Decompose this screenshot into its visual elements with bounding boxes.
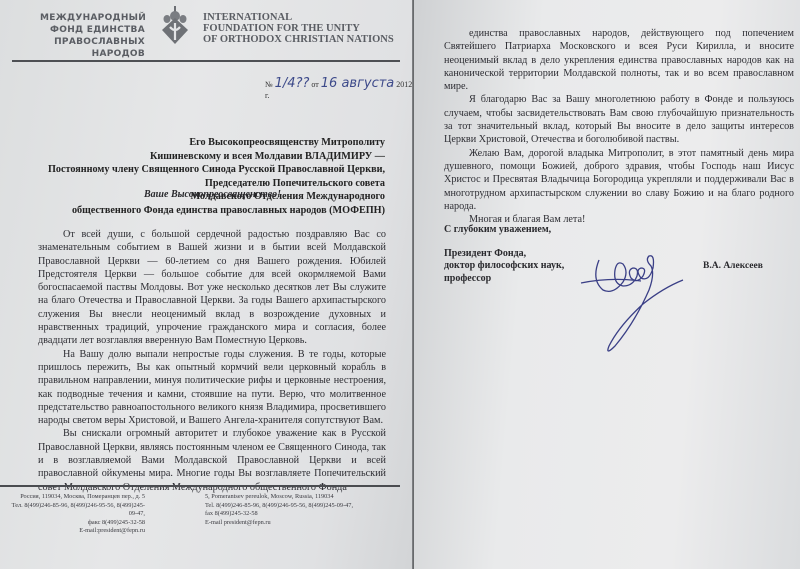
- footer-contacts-en: 5, Pomerantsev pereulok, Moscow, Russia,…: [205, 493, 385, 527]
- org-name-ru-line: Международный: [40, 12, 145, 24]
- signer-name: В.А. Алексеев: [703, 261, 763, 271]
- salutation: Ваше Высокопреосвященство!: [40, 189, 385, 200]
- paragraph: Я благодарю Вас за Вашу многолетнюю рабо…: [444, 93, 794, 146]
- ref-number-value: 1/4??: [275, 76, 310, 91]
- signer-title: Президент Фонда, доктор философских наук…: [444, 248, 564, 285]
- signer-title-line: доктор философских наук,: [444, 260, 564, 272]
- paragraph: От всей души, с большой сердечной радост…: [38, 228, 386, 348]
- signer-title-line: профессор: [444, 273, 564, 285]
- closing-phrase: С глубоким уважением,: [444, 224, 551, 235]
- org-name-ru-line: православных народов: [40, 36, 145, 60]
- paragraph: Вы снискали огромный авторитет и глубоко…: [38, 427, 386, 493]
- letter-page-2: единства православных народов, действующ…: [414, 0, 800, 569]
- addressee-line: Кишиневскому и всея Молдавии ВЛАДИМИРУ —: [40, 150, 385, 164]
- letterhead-divider: [12, 60, 400, 62]
- signer-title-line: Президент Фонда,: [444, 248, 564, 260]
- addressee-line: Его Высокопреосвященству Митрополиту: [40, 136, 385, 150]
- footer-line: Россия, 119034, Москва, Померанцев пер.,…: [10, 493, 145, 502]
- paragraph: Желаю Вам, дорогой владыка Митрополит, в…: [444, 147, 794, 213]
- org-name-en-line: OF ORTHODOX CHRISTIAN NATIONS: [203, 34, 394, 45]
- org-name-ru-line: фонд единства: [40, 24, 145, 36]
- ref-date-label: от: [311, 80, 318, 89]
- addressee-block: Его Высокопреосвященству Митрополиту Киш…: [40, 136, 385, 218]
- paragraph: единства православных народов, действующ…: [444, 27, 794, 93]
- footer-line: 5, Pomerantsev pereulok, Moscow, Russia,…: [205, 493, 385, 502]
- letter-reference: № 1/4?? от 16 августа 2012 г.: [265, 76, 415, 100]
- addressee-line: общественного Фонда единства православны…: [40, 204, 385, 218]
- letter-body-page-2: единства православных народов, действующ…: [444, 27, 794, 226]
- footer-line: Тел. 8(499)246-85-96, 8(499)246-95-56, 8…: [10, 502, 145, 519]
- footer-email: E-mail:president@fepn.ru: [10, 527, 145, 536]
- footer-contacts-ru: Россия, 119034, Москва, Померанцев пер.,…: [10, 493, 145, 536]
- footer-line: fax 8(499)245-32-58: [205, 510, 385, 519]
- footer-line: Tel. 8(499)246-85-96, 8(499)246-95-56, 8…: [205, 502, 385, 511]
- letter-body-page-1: От всей души, с большой сердечной радост…: [38, 228, 386, 494]
- org-name-en-line: FOUNDATION FOR THE UNITY: [203, 23, 394, 34]
- letter-page-1: Международный фонд единства православных…: [0, 0, 415, 569]
- footer-line: факс 8(499)245-32-58: [10, 519, 145, 528]
- addressee-line: Постоянному члену Священного Синода Русс…: [40, 163, 385, 177]
- ref-date-value: 16 августа: [321, 76, 395, 91]
- footer-email: E-mail president@fepn.ru: [205, 519, 385, 528]
- footer-divider: [0, 485, 400, 487]
- letterhead-org-name-en: INTERNATIONAL FOUNDATION FOR THE UNITY O…: [203, 12, 394, 45]
- church-dome-logo-icon: [160, 6, 190, 46]
- org-name-en-line: INTERNATIONAL: [203, 12, 394, 23]
- handwritten-signature-icon: [579, 235, 709, 355]
- letterhead-org-name-ru: Международный фонд единства православных…: [40, 12, 145, 60]
- paragraph: На Вашу долю выпали непростые годы служе…: [38, 348, 386, 428]
- ref-number-label: №: [265, 80, 273, 89]
